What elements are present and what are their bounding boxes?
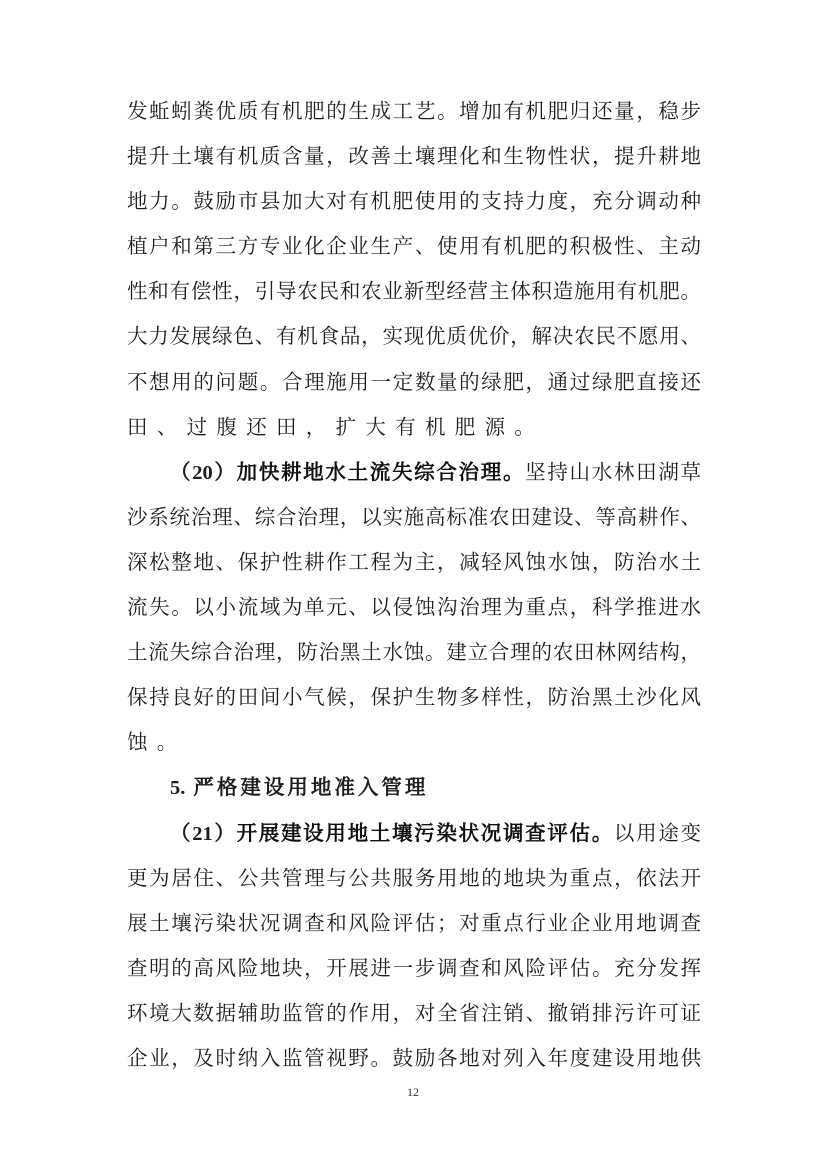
section-20-title: 加快耕地水土流失综合治理。 xyxy=(237,460,526,484)
section-21-line: 环境大数据辅助监管的作用，对全省注销、撤销排污许可证 xyxy=(127,991,701,1036)
heading-5-title: 严格建设用地准入管理 xyxy=(193,775,428,799)
section-21-line: 展土壤污染状况调查和风险评估；对重点行业企业用地调查 xyxy=(127,901,701,946)
section-21-title: 开展建设用地土壤污染状况调查评估。 xyxy=(237,821,614,845)
section-20-number: （20） xyxy=(170,462,237,484)
section-21-line: 更为居住、公共管理与公共服务用地的地块为重点，依法开 xyxy=(127,856,701,901)
section-20-first-line: （20）加快耕地水土流失综合治理。坚持山水林田湖草 xyxy=(127,450,701,495)
document-page: 发蚯蚓粪优质有机肥的生成工艺。增加有机肥归还量，稳步 提升土壤有机质含量，改善土… xyxy=(0,0,826,1169)
section-20-line: 深松整地、保护性耕作工程为主，减轻风蚀水蚀，防治水土 xyxy=(127,540,701,585)
paragraph-line-last: 田、过腹还田，扩大有机肥源。 xyxy=(127,405,707,450)
body-text: 发蚯蚓粪优质有机肥的生成工艺。增加有机肥归还量，稳步 提升土壤有机质含量，改善土… xyxy=(127,89,707,1081)
section-20-line: 土流失综合治理，防治黑土水蚀。建立合理的农田林网结构， xyxy=(127,630,701,675)
section-20-line: 沙系统治理、综合治理，以实施高标准农田建设、等高耕作、 xyxy=(127,495,701,540)
heading-5-number: 5. xyxy=(170,777,185,799)
paragraph-line: 性和有偿性，引导农民和农业新型经营主体积造施用有机肥。 xyxy=(127,269,701,314)
section-20-line: 流失。以小流域为单元、以侵蚀沟治理为重点，科学推进水 xyxy=(127,585,701,630)
section-21-line: 查明的高风险地块，开展进一步调查和风险评估。充分发挥 xyxy=(127,946,701,991)
paragraph-line: 发蚯蚓粪优质有机肥的生成工艺。增加有机肥归还量，稳步 xyxy=(127,89,701,134)
paragraph-line: 大力发展绿色、有机食品，实现优质优价，解决农民不愿用、 xyxy=(127,314,701,359)
section-20-line-last: 蚀。 xyxy=(127,720,707,765)
paragraph-line: 地力。鼓励市县加大对有机肥使用的支持力度，充分调动种 xyxy=(127,179,701,224)
paragraph-line: 提升土壤有机质含量，改善土壤理化和生物性状，提升耕地 xyxy=(127,134,701,179)
paragraph-line: 植户和第三方专业化企业生产、使用有机肥的积极性、主动 xyxy=(127,224,701,269)
section-21-first-line: （21）开展建设用地土壤污染状况调查评估。以用途变 xyxy=(127,811,701,856)
section-21-number: （21） xyxy=(170,823,237,845)
section-20-line: 保持良好的田间小气候，保护生物多样性，防治黑土沙化风 xyxy=(127,675,701,720)
section-20-first-line-text: 坚持山水林田湖草 xyxy=(525,460,701,484)
section-21-first-line-text: 以用途变 xyxy=(614,821,701,845)
page-number: 12 xyxy=(0,1085,826,1100)
paragraph-line: 不想用的问题。合理施用一定数量的绿肥，通过绿肥直接还 xyxy=(127,360,701,405)
section-21-line: 企业，及时纳入监管视野。鼓励各地对列入年度建设用地供 xyxy=(127,1036,701,1081)
heading-5: 5.严格建设用地准入管理 xyxy=(127,765,707,810)
